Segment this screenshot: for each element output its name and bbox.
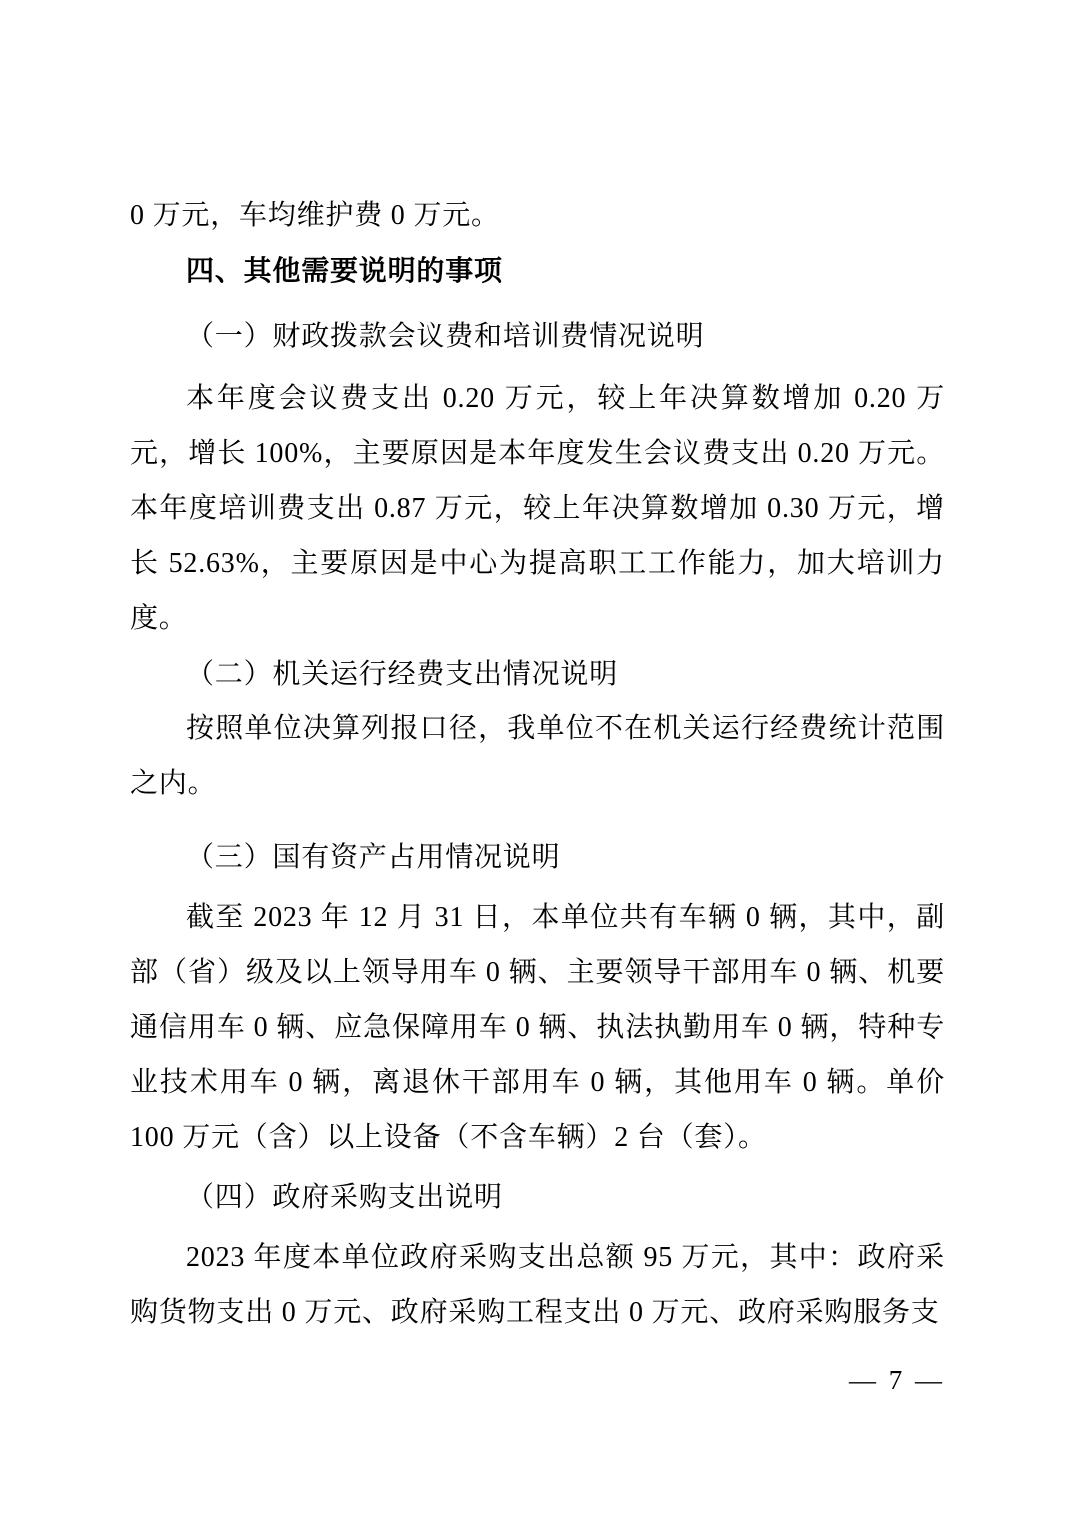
document-page: 0 万元，车均维护费 0 万元。 四、其他需要说明的事项 （一）财政拨款会议费和…	[0, 0, 1075, 1521]
subsection-heading-operating-expenses: （二）机关运行经费支出情况说明	[130, 646, 945, 701]
subsection-heading-state-assets: （三）国有资产占用情况说明	[130, 829, 945, 884]
subsection-heading-meeting-training-fees: （一）财政拨款会议费和培训费情况说明	[130, 308, 945, 363]
paragraph-operating-expenses: 按照单位决算列报口径，我单位不在机关运行经费统计范围之内。	[130, 701, 945, 811]
page-number: — 7 —	[130, 1364, 945, 1396]
subsection-heading-government-procurement: （四）政府采购支出说明	[130, 1169, 945, 1224]
paragraph-meeting-training-fees: 本年度会议费支出 0.20 万元，较上年决算数增加 0.20 万元，增长 100…	[130, 371, 945, 646]
section-heading-other-matters: 四、其他需要说明的事项	[130, 243, 945, 298]
continued-paragraph-line: 0 万元，车均维护费 0 万元。	[130, 188, 945, 243]
paragraph-state-assets: 截至 2023 年 12 月 31 日，本单位共有车辆 0 辆，其中，副部（省）…	[130, 890, 945, 1165]
paragraph-government-procurement: 2023 年度本单位政府采购支出总额 95 万元，其中：政府采购货物支出 0 万…	[130, 1230, 945, 1340]
